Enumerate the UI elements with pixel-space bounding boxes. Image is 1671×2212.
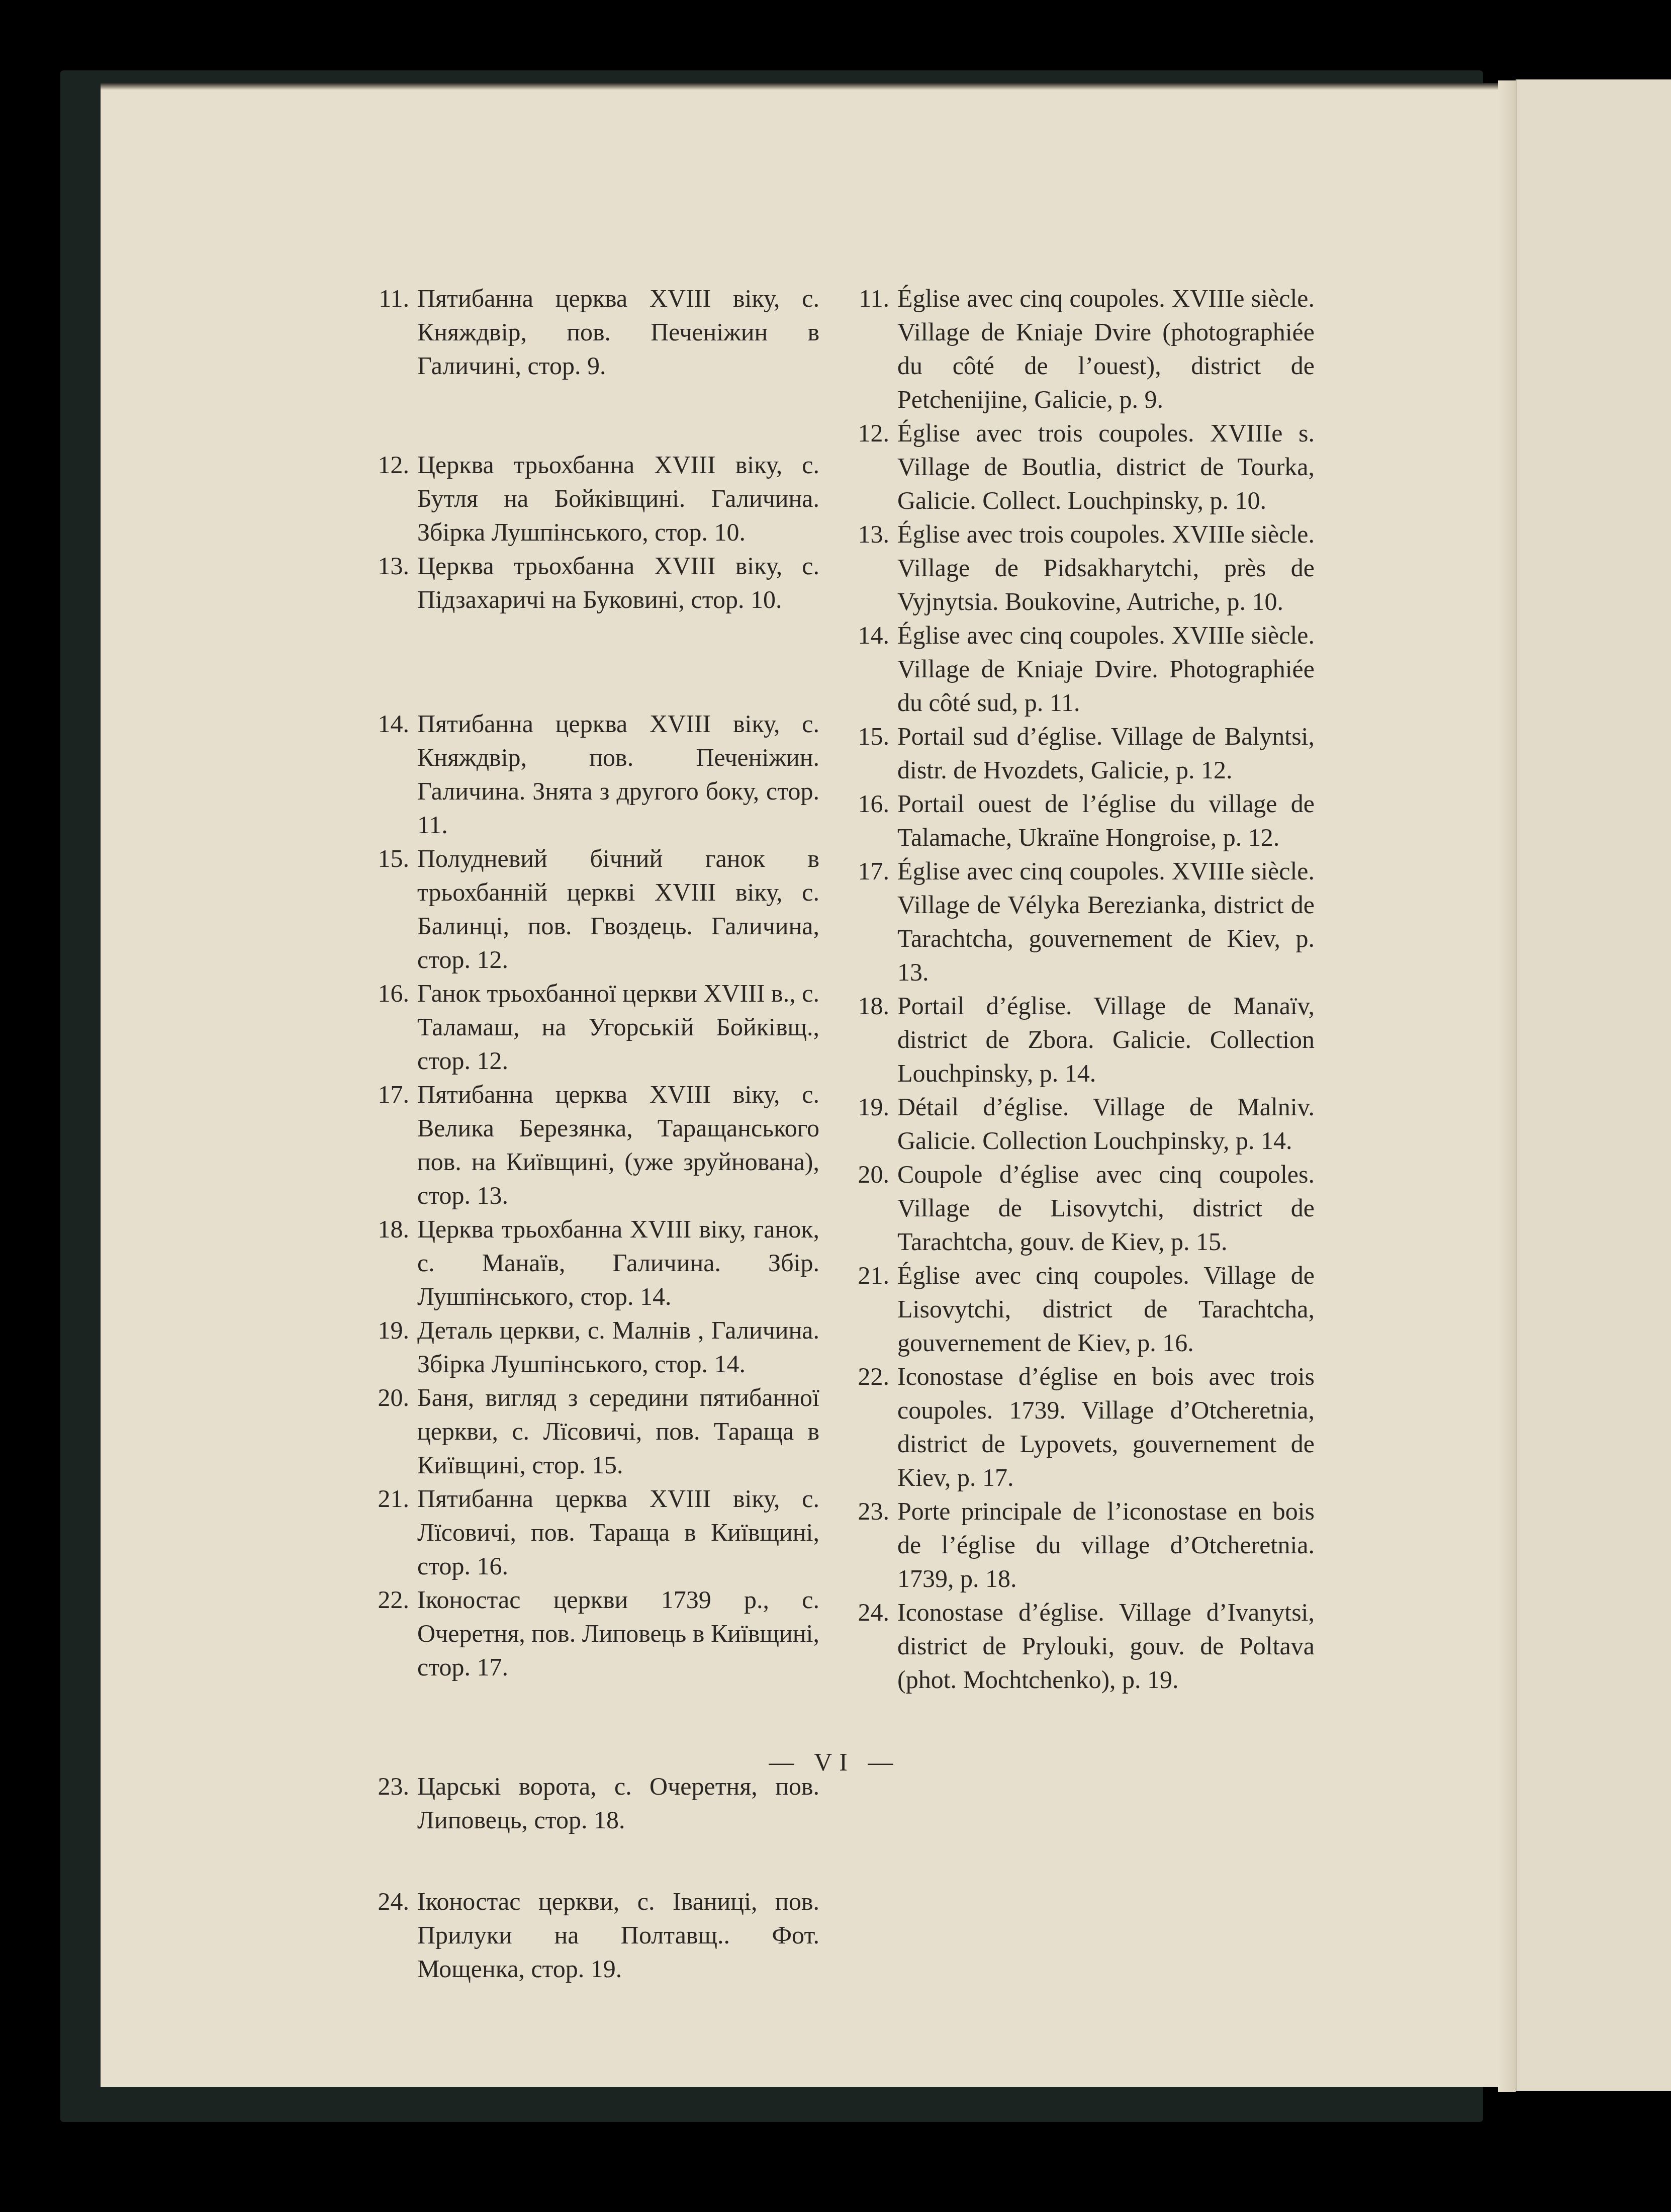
caption-entry: 23.Царські ворота, с. Очеретня, пов. Лип… bbox=[357, 1769, 819, 1837]
entry-text: Церква трьохбанна XVIII віку, с. Підзаха… bbox=[417, 549, 819, 616]
entry-number: 17. bbox=[847, 854, 897, 989]
page-gutter-shadow bbox=[1498, 80, 1516, 2092]
entry-number: 14. bbox=[357, 707, 417, 842]
caption-entry: 15.Полудневий бічний ганок в трьохбанній… bbox=[357, 842, 819, 977]
entry-text: Царські ворота, с. Очеретня, пов. Липове… bbox=[417, 1769, 819, 1837]
entry-number: 13. bbox=[357, 549, 417, 616]
entry-text: Іконостас церкви 1739 р., с. Очеретня, п… bbox=[417, 1583, 819, 1684]
entry-text: Пятибанна церква XVIII віку, с. Княждвір… bbox=[417, 282, 819, 383]
caption-entry: 24.Iconostase d’église. Village d’Ivanyt… bbox=[847, 1596, 1315, 1697]
entry-number: 16. bbox=[357, 977, 417, 1078]
adjacent-page-edge bbox=[1516, 79, 1671, 2091]
caption-entry: 13.Église avec trois coupoles. XVIIIe si… bbox=[847, 517, 1315, 618]
entry-text: Portail sud d’église. Village de Balynts… bbox=[897, 720, 1315, 787]
french-captions-column: 11.Église avec cinq coupoles. XVIIIe siè… bbox=[847, 282, 1315, 1697]
entry-number: 21. bbox=[357, 1482, 417, 1583]
caption-entry: 17.Пятибанна церква XVIII віку, с. Велик… bbox=[357, 1078, 819, 1212]
entry-number: 24. bbox=[357, 1885, 417, 1986]
entry-text: Coupole d’église avec cinq coupoles. Vil… bbox=[897, 1158, 1315, 1259]
entry-text: Église avec cinq coupoles. XVIIIe siècle… bbox=[897, 854, 1315, 989]
caption-entry: 15.Portail sud d’église. Village de Baly… bbox=[847, 720, 1315, 787]
entry-number: 11. bbox=[357, 282, 417, 383]
caption-entry: 21.Église avec cinq coupoles. Village de… bbox=[847, 1259, 1315, 1360]
entry-text: Église avec trois coupoles. XVIIIe s. Vi… bbox=[897, 416, 1315, 517]
caption-entry: 18.Церква трьохбанна XVIII віку, ганок, … bbox=[357, 1212, 819, 1313]
caption-entry: 22.Іконостас церкви 1739 р., с. Очеретня… bbox=[357, 1583, 819, 1684]
entry-number: 22. bbox=[357, 1583, 417, 1684]
caption-entry: 14.Église avec cinq coupoles. XVIIIe siè… bbox=[847, 618, 1315, 720]
caption-entry: 17.Église avec cinq coupoles. XVIIIe siè… bbox=[847, 854, 1315, 989]
entry-number: 22. bbox=[847, 1360, 897, 1494]
caption-entry: 21.Пятибанна церква XVIII віку, с. Лїсов… bbox=[357, 1482, 819, 1583]
caption-entry: 19.Деталь церкви, с. Малнів , Галичина. … bbox=[357, 1313, 819, 1381]
entry-text: Пятибанна церква XVIII віку, с. Велика Б… bbox=[417, 1078, 819, 1212]
entry-number: 13. bbox=[847, 517, 897, 618]
caption-entry: 14.Пятибанна церква XVIII віку, с. Княжд… bbox=[357, 707, 819, 842]
entry-number: 11. bbox=[847, 282, 897, 416]
entry-number: 12. bbox=[847, 416, 897, 517]
entry-text: Église avec cinq coupoles. Village de Li… bbox=[897, 1259, 1315, 1360]
entry-text: Portail d’église. Village de Manaïv, dis… bbox=[897, 989, 1315, 1090]
entry-number: 20. bbox=[847, 1158, 897, 1259]
caption-entry: 23.Porte principale de l’iconostase en b… bbox=[847, 1494, 1315, 1596]
entry-text: Деталь церкви, с. Малнів , Галичина. Збі… bbox=[417, 1313, 819, 1381]
entry-number: 21. bbox=[847, 1259, 897, 1360]
entry-number: 15. bbox=[847, 720, 897, 787]
entry-text: Porte principale de l’iconostase en bois… bbox=[897, 1494, 1315, 1596]
entry-text: Église avec trois coupoles. XVIIIe siècl… bbox=[897, 517, 1315, 618]
entry-number: 12. bbox=[357, 448, 417, 549]
caption-entry: 13.Церква трьохбанна XVIII віку, с. Підз… bbox=[357, 549, 819, 616]
entry-text: Баня, вигляд з середини пятибанної церкв… bbox=[417, 1381, 819, 1482]
entry-number: 20. bbox=[357, 1381, 417, 1482]
entry-text: Пятибанна церква XVIII віку, с. Лїсовичі… bbox=[417, 1482, 819, 1583]
entry-text: Полудневий бічний ганок в трьохбанній це… bbox=[417, 842, 819, 977]
entry-number: 15. bbox=[357, 842, 417, 977]
entry-text: Église avec cinq coupoles. XVIIIe siècle… bbox=[897, 282, 1315, 416]
entry-text: Église avec cinq coupoles. XVIIIe siècle… bbox=[897, 618, 1315, 720]
entry-text: Церква трьохбанна XVIII віку, ганок, с. … bbox=[417, 1212, 819, 1313]
caption-entry: 12.Церква трьохбанна XVIII віку, с. Бутл… bbox=[357, 448, 819, 549]
caption-entry: 11.Пятибанна церква XVIII віку, с. Княжд… bbox=[357, 282, 819, 383]
entry-text: Ганок трьохбанної церкви XVIII в., с. Та… bbox=[417, 977, 819, 1078]
caption-entry: 22.Iconostase d’église en bois avec troi… bbox=[847, 1360, 1315, 1494]
entry-text: Détail d’église. Village de Malniv. Gali… bbox=[897, 1090, 1315, 1158]
entry-text: Iconostase d’église en bois avec trois c… bbox=[897, 1360, 1315, 1494]
entry-number: 18. bbox=[357, 1212, 417, 1313]
entry-number: 23. bbox=[847, 1494, 897, 1596]
entry-number: 23. bbox=[357, 1769, 417, 1837]
entry-number: 24. bbox=[847, 1596, 897, 1697]
caption-entry: 20.Баня, вигляд з середини пятибанної це… bbox=[357, 1381, 819, 1482]
ukrainian-captions-column: 11.Пятибанна церква XVIII віку, с. Княжд… bbox=[357, 282, 819, 1986]
entry-text: Пятибанна церква XVIII віку, с. Княждвір… bbox=[417, 707, 819, 842]
caption-entry: 12.Église avec trois coupoles. XVIIIe s.… bbox=[847, 416, 1315, 517]
caption-entry: 20.Coupole d’église avec cinq coupoles. … bbox=[847, 1158, 1315, 1259]
entry-number: 17. bbox=[357, 1078, 417, 1212]
caption-entry: 11.Église avec cinq coupoles. XVIIIe siè… bbox=[847, 282, 1315, 416]
entry-number: 18. bbox=[847, 989, 897, 1090]
page-number: — VI — bbox=[749, 1747, 920, 1777]
entry-number: 14. bbox=[847, 618, 897, 720]
entry-text: Portail ouest de l’église du village de … bbox=[897, 787, 1315, 854]
entry-text: Церква трьохбанна XVIII віку, с. Бутля н… bbox=[417, 448, 819, 549]
entry-number: 19. bbox=[357, 1313, 417, 1381]
caption-entry: 16.Portail ouest de l’église du village … bbox=[847, 787, 1315, 854]
caption-entry: 18.Portail d’église. Village de Manaïv, … bbox=[847, 989, 1315, 1090]
entry-number: 16. bbox=[847, 787, 897, 854]
entry-text: Iconostase d’église. Village d’Ivanytsi,… bbox=[897, 1596, 1315, 1697]
caption-entry: 24.Іконостас церкви, с. Іваниці, пов. Пр… bbox=[357, 1885, 819, 1986]
caption-entry: 19.Détail d’église. Village de Malniv. G… bbox=[847, 1090, 1315, 1158]
caption-entry: 16.Ганок трьохбанної церкви XVIII в., с.… bbox=[357, 977, 819, 1078]
entry-text: Іконостас церкви, с. Іваниці, пов. Прилу… bbox=[417, 1885, 819, 1986]
entry-number: 19. bbox=[847, 1090, 897, 1158]
